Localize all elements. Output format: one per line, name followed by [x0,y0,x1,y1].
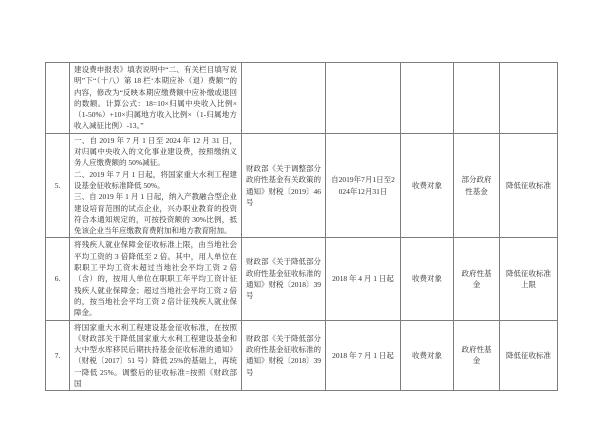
row-number-cell: 7. [46,320,70,391]
measure-content-cell: 建设费申报表》填表说明中“二、有关栏目填写说明”下“（十八）第 18 栏‘本期应… [70,63,242,134]
adjustment-type-cell: 降低征收标准 [500,320,558,391]
row-number-cell: 5. [46,133,70,238]
table-row: 5. 一、自 2019 年 7 月 1 日至 2024 年 12 月 31 日，… [46,133,558,238]
adjustment-type-cell [500,63,558,134]
fee-reduction-policy-table: 建设费申报表》填表说明中“二、有关栏目填写说明”下“（十八）第 18 栏‘本期应… [45,62,558,391]
table-row: 6. 将残疾人就业保障金征收标准上限，由当地社会平均工资的 3 倍降低至 2 倍… [46,238,558,320]
measure-content-cell: 将残疾人就业保障金征收标准上限，由当地社会平均工资的 3 倍降低至 2 倍。其中… [70,238,242,320]
effective-date-cell: 自2019年7月1日至2024年12月31日 [326,133,401,238]
effective-date-cell: 2018 年 7 月 1 日起 [326,320,401,391]
fund-type-cell [454,63,500,134]
table-row: 7. 将国家重大水利工程建设基金征收标准，在按照《财政部关于降低国家重大水利工程… [46,320,558,391]
measure-content-cell: 将国家重大水利工程建设基金征收标准，在按照《财政部关于降低国家重大水利工程建设基… [70,320,242,391]
fee-target-cell [401,63,454,134]
effective-date-cell [326,63,401,134]
fee-target-cell: 收费对象 [401,133,454,238]
table-row: 建设费申报表》填表说明中“二、有关栏目填写说明”下“（十八）第 18 栏‘本期应… [46,63,558,134]
row-number-cell [46,63,70,134]
policy-basis-cell [242,63,326,134]
fund-type-cell: 政府性基金 [454,238,500,320]
fund-type-cell: 部分政府性基金 [454,133,500,238]
policy-basis-cell: 财政部《关于调整部分政府性基金有关政策的通知》财税〔2019〕46 号 [242,133,326,238]
row-number-cell: 6. [46,238,70,320]
fund-type-cell: 政府性基金 [454,320,500,391]
effective-date-cell: 2018 年 4 月 1 日起 [326,238,401,320]
policy-basis-cell: 财政部《关于降低部分政府性基金征收标准的通知》财税〔2018〕39 号 [242,320,326,391]
fee-target-cell: 收费对象 [401,320,454,391]
adjustment-type-cell: 降低征收标准 [500,133,558,238]
document-page: 建设费申报表》填表说明中“二、有关栏目填写说明”下“（十八）第 18 栏‘本期应… [0,0,600,424]
measure-content-cell: 一、自 2019 年 7 月 1 日至 2024 年 12 月 31 日，对归属… [70,133,242,238]
adjustment-type-cell: 降低征收标准上限 [500,238,558,320]
policy-basis-cell: 财政部《关于降低部分政府性基金征收标准的通知》财税〔2018〕39 号 [242,238,326,320]
fee-target-cell: 收费对象 [401,238,454,320]
